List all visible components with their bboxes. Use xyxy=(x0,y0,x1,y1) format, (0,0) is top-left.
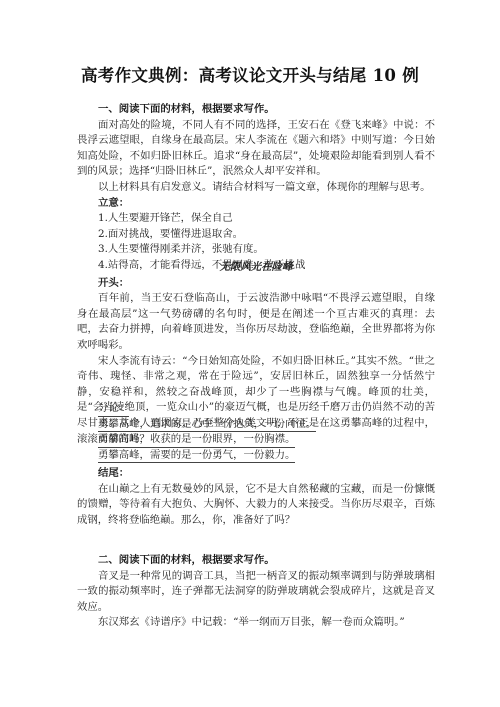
section-2-heading: 二、阅读下面的材料，根据要求写作。 xyxy=(77,553,435,569)
opening-label: 开头： xyxy=(77,276,435,292)
section-2-paragraph: 音叉是一种常见的调音工具，当把一柄音叉的振动频率调到与防弹玻璃相一致的振动频率时… xyxy=(77,569,435,616)
ideas-label: 立意： xyxy=(77,196,435,212)
idea-item: 3.人生要懂得刚柔并济，张驰有度。 xyxy=(77,242,435,258)
section-2-paragraph: 东汉郑玄《诗谱序》中记载：“举一纲而万目张，解一卷而众篇明。” xyxy=(77,615,435,631)
ending-label: 结尾： xyxy=(77,466,435,482)
essay-title: 无限风光在险峰 xyxy=(77,260,435,276)
opening-paragraph: 百年前，当王安石登临高山，于云波浩渺中咏唱“不畏浮云遮望眼，自缘身在最高层”这一… xyxy=(77,291,435,353)
ending-block: 结尾： 在山巅之上有无数曼妙的风景，它不是大自然秘藏的宝藏，而是一份慷慨的馈赠，… xyxy=(77,466,435,528)
section-1-heading: 一、阅读下面的材料，根据要求写作。 xyxy=(77,102,435,118)
section-1-task: 以上材料具有启发意义。请结合材料写一篇文章，体现你的理解与思考。 xyxy=(77,180,435,196)
points-block: 分论： 勇攀高峰，追求的是心中一份抱负，一份向往。 勇攀高峰，收获的是一份眼界，… xyxy=(77,401,435,463)
section-2: 二、阅读下面的材料，根据要求写作。 音叉是一种常见的调音工具，当把一柄音叉的振动… xyxy=(77,553,435,631)
idea-item: 2.面对挑战，要懂得进退取舍。 xyxy=(77,227,435,243)
point-item: 勇攀高峰，需要的是一份勇气，一份毅力。 xyxy=(98,448,295,464)
points-label: 分论： xyxy=(98,401,129,417)
point-item: 勇攀高峰，收获的是一份眼界，一份胸襟。 xyxy=(98,432,295,448)
section-1: 一、阅读下面的材料，根据要求写作。 面对高处的险境，不同人有不同的选择，王安石在… xyxy=(77,102,435,274)
section-1-material: 面对高处的险境，不同人有不同的选择，王安石在《登飞来峰》中说：不畏浮云遮望眼，自… xyxy=(77,118,435,180)
ending-paragraph: 在山巅之上有无数曼妙的风景，它不是大自然秘藏的宝藏，而是一份慷慨的馈赠，等待着有… xyxy=(77,482,435,529)
document-page: 高考作文典例：高考议论文开头与结尾 10 例 一、阅读下面的材料，根据要求写作。… xyxy=(0,0,500,707)
idea-item: 1.人生要避开锋芒，保全自己 xyxy=(77,211,435,227)
page-title: 高考作文典例：高考议论文开头与结尾 10 例 xyxy=(0,62,500,86)
point-item: 勇攀高峰，追求的是心中一份抱负，一份向往。 xyxy=(98,417,316,433)
